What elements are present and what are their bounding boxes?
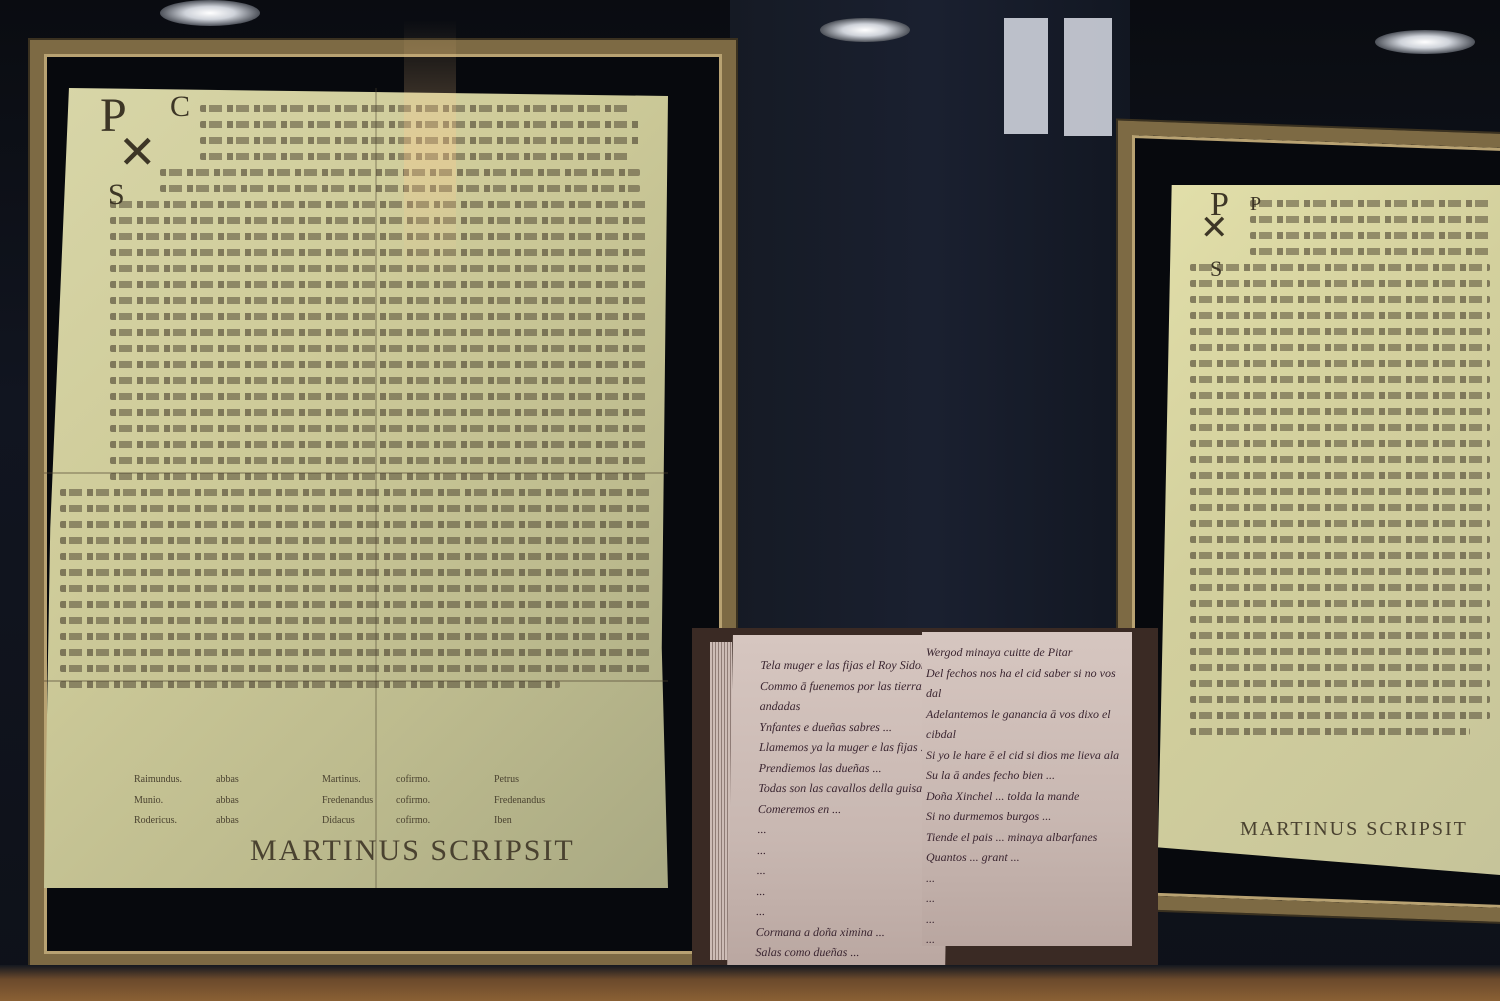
- witness-title: abbas: [216, 815, 239, 826]
- codex-line: Doña Xinchel ... tolda la mande: [926, 786, 1132, 807]
- codex-line: ...: [757, 840, 947, 861]
- light-glare: [404, 20, 456, 280]
- codex-line: ...: [757, 860, 947, 881]
- codex-line: Ynfantes e dueñas sabres ...: [759, 717, 949, 738]
- codex-line: Salas como dueñas ...: [755, 942, 945, 963]
- codex-line: Prendiemos las dueñas ...: [758, 758, 948, 779]
- witness-title: cofirmo.: [396, 815, 430, 826]
- witness-name: Rodericus.: [134, 815, 177, 826]
- codex-line: ...: [757, 819, 947, 840]
- witness-name: Petrus: [494, 774, 519, 785]
- codex-line: Tiende el pais ... minaya albarfanes: [926, 827, 1132, 848]
- wooden-plinth: [0, 965, 1500, 1001]
- witness-name: Fredenandus: [494, 795, 545, 806]
- codex-right-page: Wergod minaya cuitte de Pitar Del fechos…: [922, 632, 1132, 946]
- witness-name: Iben: [494, 815, 512, 826]
- witness-name: Didacus: [322, 815, 355, 826]
- codex-left-page: Tela muger e las fijas el Roy Sidonio ..…: [727, 635, 951, 975]
- witness-name: Fredenandus: [322, 795, 373, 806]
- right-charter-text: [1230, 200, 1490, 744]
- right-scribe-signature: MARTINUS SCRIPSIT: [1240, 818, 1468, 841]
- witness-title: abbas: [216, 774, 239, 785]
- witness-name: Raimundus.: [134, 774, 182, 785]
- codex-line: Quantos ... grant ...: [926, 847, 1132, 868]
- codex-line: ...: [926, 929, 1132, 946]
- window-reflection: [1064, 18, 1112, 136]
- witness-name: Munio.: [134, 795, 163, 806]
- ceiling-spotlight: [820, 18, 910, 42]
- codex-line: ...: [926, 888, 1132, 909]
- codex-line: Adelantemos le ganancia ā vos dixo el ci…: [926, 704, 1132, 745]
- window-reflection: [1004, 18, 1048, 134]
- ceiling-spotlight: [160, 0, 260, 26]
- codex-line: Si yo le hare ē el cid si dios me lieva …: [926, 745, 1132, 766]
- codex-line: Comeremos en ...: [758, 799, 948, 820]
- left-scribe-signature: MARTINUS SCRIPSIT: [250, 834, 575, 868]
- witness-title: abbas: [216, 795, 239, 806]
- codex-line: ...: [756, 881, 946, 902]
- codex-line: ...: [756, 901, 946, 922]
- witness-title: cofirmo.: [396, 795, 430, 806]
- codex-line: ...: [926, 868, 1132, 889]
- codex-line: Todas son las cavallos della guisa: [758, 778, 948, 799]
- codex-line: Si no durmemos burgos ...: [926, 806, 1132, 827]
- ceiling-spotlight: [1375, 30, 1475, 54]
- witness-name: Martinus.: [322, 774, 361, 785]
- witness-title: cofirmo.: [396, 774, 430, 785]
- left-charter-text: [110, 105, 650, 697]
- codex-line: Wergod minaya cuitte de Pitar: [926, 642, 1132, 663]
- codex-line: Llamemos ya la muger e las fijas ...: [759, 737, 949, 758]
- codex-line: Del fechos nos ha el cid saber si no vos…: [926, 663, 1132, 704]
- chi-rho-cross-icon: ✕: [1200, 212, 1229, 246]
- codex-line: Su la ā andes fecho bien ...: [926, 765, 1132, 786]
- codex-line: Cormana a doña ximina ...: [756, 922, 946, 943]
- codex-line: ...: [926, 909, 1132, 930]
